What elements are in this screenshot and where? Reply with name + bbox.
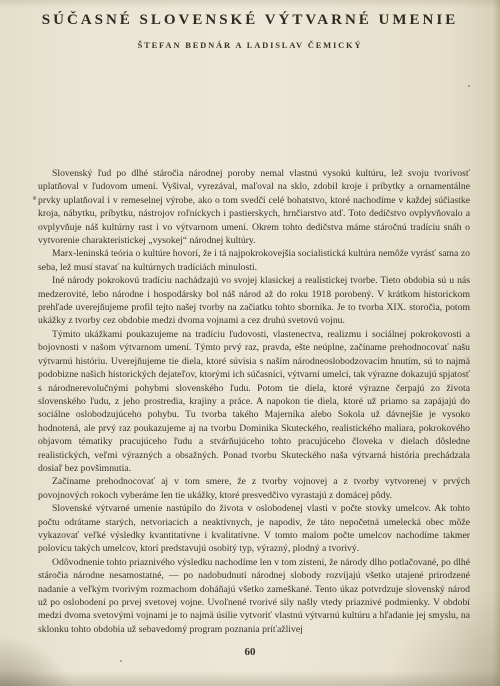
paper-speck [33,196,36,200]
paper-speck [468,85,470,87]
author-byline: ŠTEFAN BEDNÁR A LADISLAV ČEMICKÝ [0,40,500,50]
paragraph-4: Týmito ukážkami poukazujeme na tradíciu … [38,328,470,475]
paragraph-1: Slovenský ľud po dlhé stáročia národnej … [38,167,470,247]
page-number: 60 [0,646,500,658]
paragraph-6: Slovenské výtvarné umenie nastúpilo do ž… [38,502,470,556]
paragraph-3: Iné národy pokrokovú tradíciu nachádzajú… [38,274,470,328]
paper-speck [120,660,122,662]
book-page: SÚČASNÉ SLOVENSKÉ VÝTVARNÉ UMENIE ŠTEFAN… [0,0,500,686]
paragraph-5: Začíname prehodnocovať aj v tom smere, ž… [38,475,470,502]
body-text: Slovenský ľud po dlhé stáročia národnej … [38,167,470,636]
page-title: SÚČASNÉ SLOVENSKÉ VÝTVARNÉ UMENIE [0,12,500,29]
paragraph-2: Marx-leninská teória o kultúre hovorí, ž… [38,247,470,274]
paragraph-7: Odôvodnenie tohto priaznivého výsledku n… [38,556,470,636]
